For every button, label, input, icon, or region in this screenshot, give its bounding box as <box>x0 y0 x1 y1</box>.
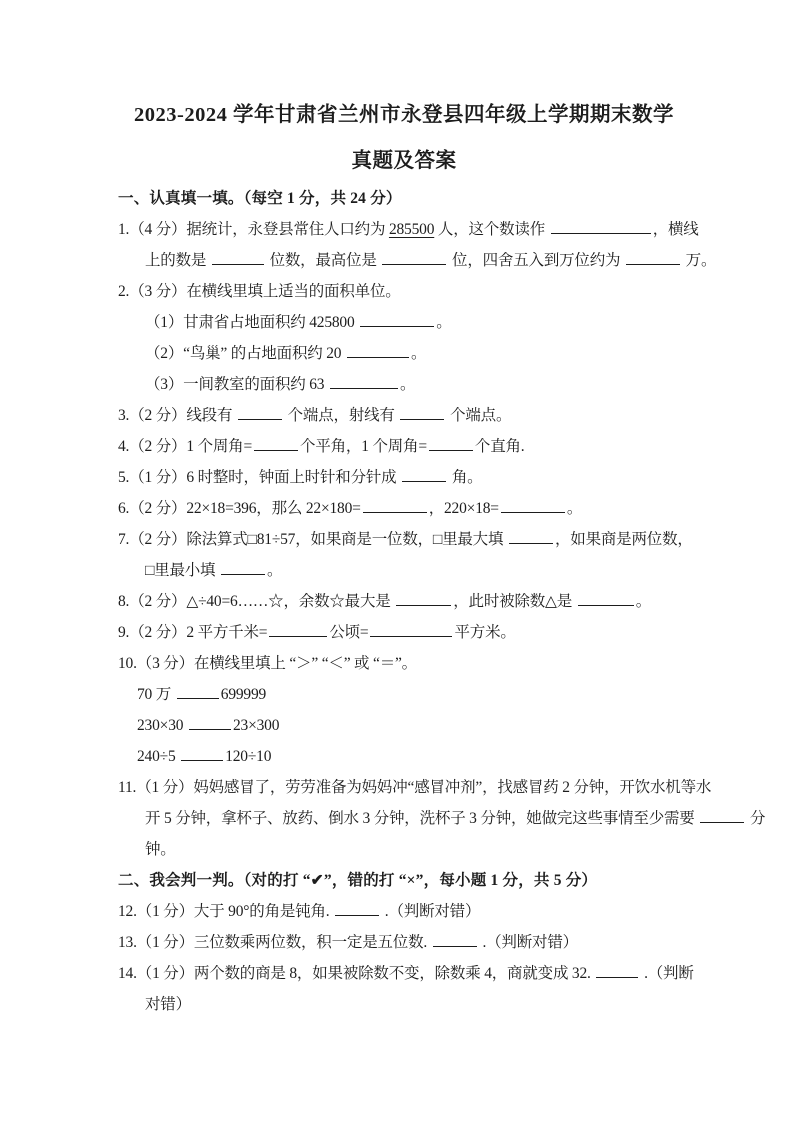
text-run: （2）“鸟巢” 的占地面积约 20 <box>145 345 345 362</box>
answer-blank <box>370 619 452 637</box>
text-run: （1）甘肃省占地面积约 425800 <box>145 314 358 331</box>
text-run: 角。 <box>448 469 482 486</box>
text-run: 120÷10 <box>225 748 271 765</box>
text-run: 万。 <box>682 252 716 269</box>
question-2-item-3: （3）一间教室的面积约 63 。 <box>118 369 690 400</box>
answer-blank <box>700 805 744 823</box>
text-run: 。 <box>636 593 651 610</box>
text-run: 位数，最高位是 <box>266 252 380 269</box>
question-2-item-1: （1）甘肃省占地面积约 425800 。 <box>118 307 690 338</box>
text-run: 上的数是 <box>145 252 210 269</box>
text-run: 8.（2 分）△÷40=6……☆，余数☆最大是 <box>118 593 394 610</box>
question-1-line-2: 上的数是 位数，最高位是 位，四舍五入到万位约为 万。 <box>118 245 690 276</box>
text-run: 位，四舍五入到万位约为 <box>448 252 624 269</box>
text-run: 。 <box>267 562 282 579</box>
text-run: 个直角. <box>475 438 525 455</box>
answer-blank <box>501 495 565 513</box>
answer-blank <box>181 743 223 761</box>
page-title-line-1: 2023-2024 学年甘肃省兰州市永登县四年级上学期期末数学 <box>118 100 690 130</box>
text-run: 1.（4 分）据统计，永登县常住人口约为 <box>118 221 389 238</box>
text-run: ，如果商是两位数， <box>555 531 693 548</box>
answer-blank <box>509 526 553 544</box>
answer-blank <box>402 464 446 482</box>
question-14-line-1: 14.（1 分）两个数的商是 8，如果被除数不变，除数乘 4，商就变成 32. … <box>118 958 690 989</box>
question-9: 9.（2 分）2 平方千米=公顷=平方米。 <box>118 617 690 648</box>
answer-blank <box>551 216 651 234</box>
section-1-header: 一、认真填一填。（每空 1 分，共 24 分） <box>118 183 690 214</box>
answer-blank <box>254 433 298 451</box>
answer-blank <box>429 433 473 451</box>
text-run: 699999 <box>221 686 266 703</box>
text-run: 。 <box>400 376 415 393</box>
question-7-line-2: □里最小填 。 <box>118 555 690 586</box>
text-run: 钟。 <box>145 841 176 858</box>
answer-blank <box>212 247 264 265</box>
answer-blank <box>330 371 398 389</box>
text-run: 6.（2 分）22×18=396，那么 22×180= <box>118 500 361 517</box>
answer-blank <box>347 340 409 358</box>
text-run: 13.（1 分）三位数乘两位数，积一定是五位数. <box>118 934 431 951</box>
question-4: 4.（2 分）1 个周角=个平角，1 个周角=个直角. <box>118 431 690 462</box>
text-run: ，横线 <box>653 221 699 238</box>
text-run: 14.（1 分）两个数的商是 8，如果被除数不变，除数乘 4，商就变成 32. <box>118 965 594 982</box>
answer-blank <box>396 588 451 606</box>
answer-blank <box>360 309 434 327</box>
question-6: 6.（2 分）22×18=396，那么 22×180=，220×18=。 <box>118 493 690 524</box>
text-run: 9.（2 分）2 平方千米= <box>118 624 267 641</box>
text-run: 2.（3 分）在横线里填上适当的面积单位。 <box>118 283 401 300</box>
text-run: .（判断对错） <box>479 934 578 951</box>
answer-blank <box>269 619 327 637</box>
question-5: 5.（1 分）6 时整时，钟面上时针和分针成 角。 <box>118 462 690 493</box>
question-10-compare-1: 70 万 699999 <box>118 679 690 710</box>
question-10-stem: 10.（3 分）在横线里填上 “＞” “＜” 或 “＝”。 <box>118 648 690 679</box>
question-2-item-2: （2）“鸟巢” 的占地面积约 20 。 <box>118 338 690 369</box>
question-10-compare-2: 230×30 23×300 <box>118 710 690 741</box>
text-run: 70 万 <box>137 686 175 703</box>
question-1-line-1: 1.（4 分）据统计，永登县常住人口约为 285500 人，这个数读作 ，横线 <box>118 214 690 245</box>
question-7-line-1: 7.（2 分）除法算式□81÷57，如果商是一位数，□里最大填 ，如果商是两位数… <box>118 524 690 555</box>
text-run: （3）一间教室的面积约 63 <box>145 376 328 393</box>
text-run: .（判断对错） <box>381 903 480 920</box>
question-3: 3.（2 分）线段有 个端点，射线有 个端点。 <box>118 400 690 431</box>
question-11-line-1: 11.（1 分）妈妈感冒了，劳劳准备为妈妈冲“感冒冲剂”，找感冒药 2 分钟，开… <box>118 772 690 803</box>
text-run: 开 5 分钟，拿杯子、放药、倒水 3 分钟，洗杯子 3 分钟，她做完这些事情至少… <box>145 810 698 827</box>
text-run: .（判断 <box>640 965 693 982</box>
question-2-stem: 2.（3 分）在横线里填上适当的面积单位。 <box>118 276 690 307</box>
answer-blank <box>221 557 265 575</box>
text-run: 7.（2 分）除法算式□81÷57，如果商是一位数，□里最大填 <box>118 531 507 548</box>
text-run: 平方米。 <box>454 624 515 641</box>
text-run: 。 <box>436 314 451 331</box>
answer-blank <box>433 929 477 947</box>
text-run: 240÷5 <box>137 748 179 765</box>
text-run: ，此时被除数△是 <box>453 593 576 610</box>
text-run: 10.（3 分）在横线里填上 “＞” “＜” 或 “＝”。 <box>118 655 417 672</box>
text-run: 人，这个数读作 <box>434 221 548 238</box>
text-run: 11.（1 分）妈妈感冒了，劳劳准备为妈妈冲“感冒冲剂”，找感冒药 2 分钟，开… <box>118 779 711 796</box>
underlined-value: 285500 <box>389 221 434 238</box>
answer-blank <box>626 247 680 265</box>
answer-blank <box>335 898 379 916</box>
answer-blank <box>177 681 219 699</box>
text-run: 对错） <box>145 996 191 1013</box>
text-run: 公顷= <box>329 624 368 641</box>
answer-blank <box>238 402 282 420</box>
exam-paper-page: 2023-2024 学年甘肃省兰州市永登县四年级上学期期末数学 真题及答案 一、… <box>0 0 793 1122</box>
question-11-line-3: 钟。 <box>118 834 690 865</box>
text-run: 分 <box>746 810 765 827</box>
question-13: 13.（1 分）三位数乘两位数，积一定是五位数. .（判断对错） <box>118 927 690 958</box>
question-10-compare-3: 240÷5 120÷10 <box>118 741 690 772</box>
text-run: 230×30 <box>137 717 187 734</box>
text-run: 一、认真填一填。（每空 1 分，共 24 分） <box>118 190 402 207</box>
question-11-line-2: 开 5 分钟，拿杯子、放药、倒水 3 分钟，洗杯子 3 分钟，她做完这些事情至少… <box>118 803 690 834</box>
text-run: 。 <box>411 345 426 362</box>
page-title-line-2: 真题及答案 <box>118 146 690 176</box>
text-run: ，220×18= <box>429 500 499 517</box>
question-8: 8.（2 分）△÷40=6……☆，余数☆最大是 ，此时被除数△是 。 <box>118 586 690 617</box>
text-run: 个端点，射线有 <box>284 407 398 424</box>
answer-blank <box>596 960 638 978</box>
answer-blank <box>382 247 446 265</box>
text-run: 23×300 <box>233 717 279 734</box>
document-body: 一、认真填一填。（每空 1 分，共 24 分）1.（4 分）据统计，永登县常住人… <box>118 183 690 1020</box>
text-run: 12.（1 分）大于 90°的角是钝角. <box>118 903 333 920</box>
text-run: 。 <box>567 500 582 517</box>
answer-blank <box>363 495 427 513</box>
question-12: 12.（1 分）大于 90°的角是钝角. .（判断对错） <box>118 896 690 927</box>
text-run: 二、我会判一判。（对的打 “✔”，错的打 “×”，每小题 1 分，共 5 分） <box>118 872 597 889</box>
question-14-line-2: 对错） <box>118 989 690 1020</box>
text-run: □里最小填 <box>145 562 219 579</box>
text-run: 3.（2 分）线段有 <box>118 407 236 424</box>
answer-blank <box>578 588 634 606</box>
text-run: 4.（2 分）1 个周角= <box>118 438 252 455</box>
answer-blank <box>400 402 444 420</box>
text-run: 个平角，1 个周角= <box>300 438 427 455</box>
text-run: 5.（1 分）6 时整时，钟面上时针和分针成 <box>118 469 400 486</box>
section-2-header: 二、我会判一判。（对的打 “✔”，错的打 “×”，每小题 1 分，共 5 分） <box>118 865 690 896</box>
answer-blank <box>189 712 231 730</box>
text-run: 个端点。 <box>446 407 511 424</box>
